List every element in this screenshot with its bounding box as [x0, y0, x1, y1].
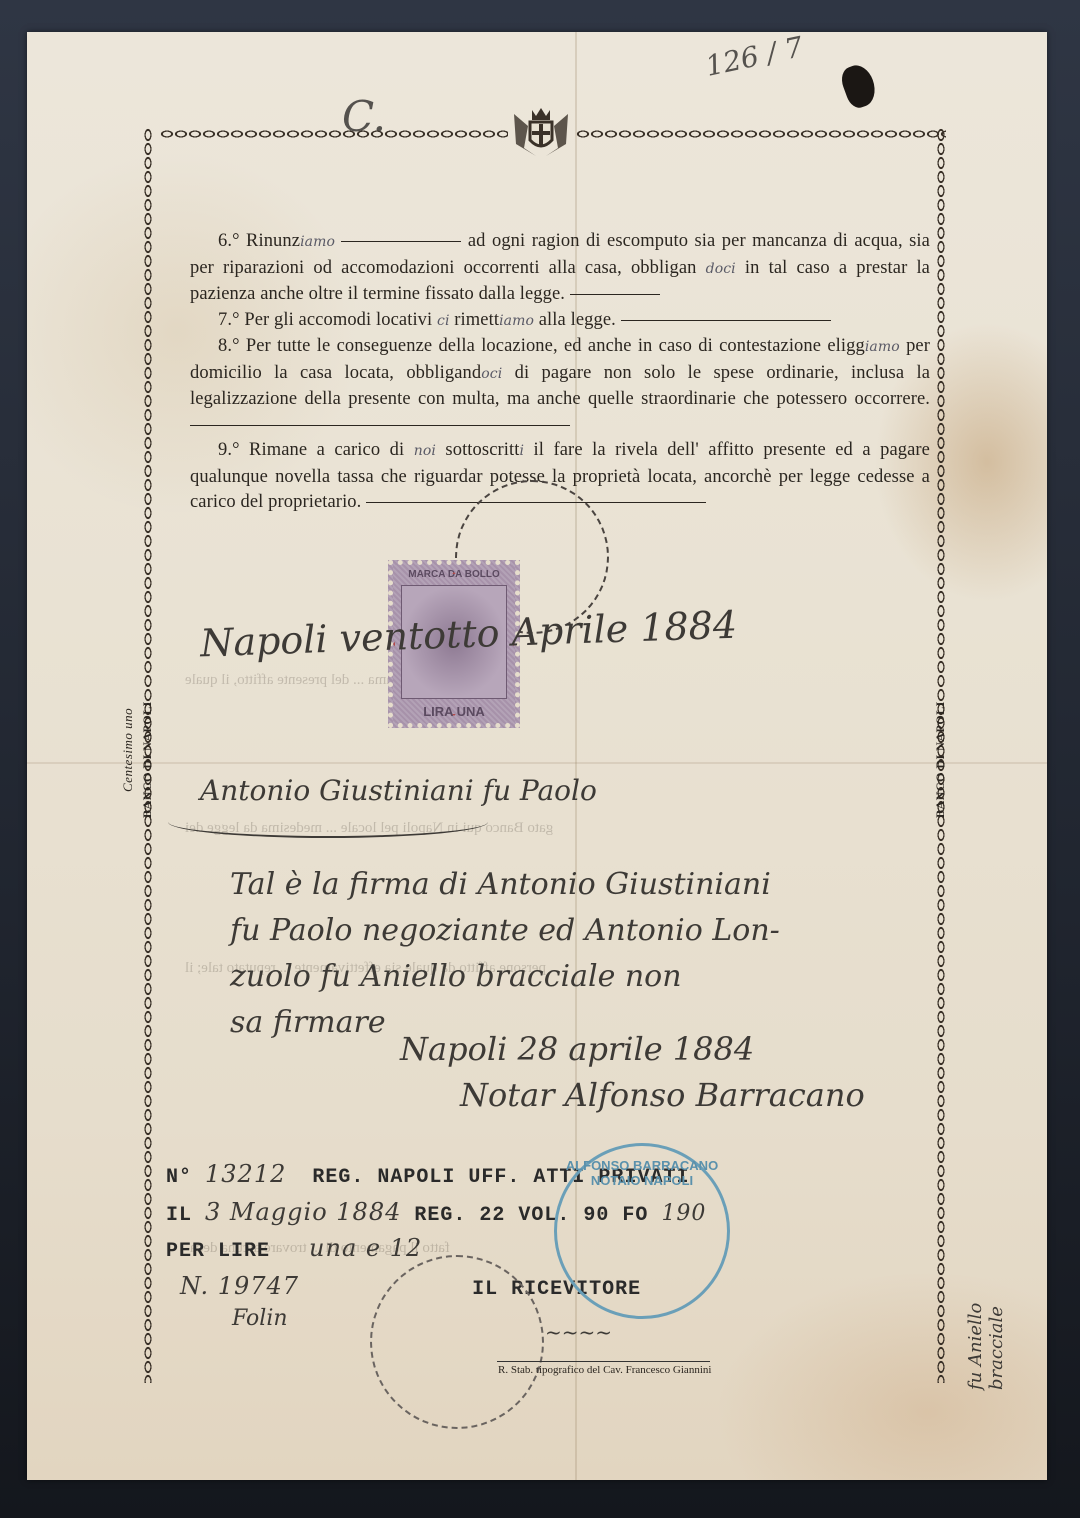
- clause-8: 8.° Per tutte le conseguenze della locaz…: [190, 334, 930, 438]
- printer-imprint: R. Stab. tipografico del Cav. Francesco …: [498, 1364, 711, 1376]
- border-top-left: [160, 128, 508, 140]
- reg-line-5: Folin: [232, 1306, 288, 1331]
- clause-7: 7.° Per gli accomodi locativi ci rimetti…: [190, 308, 930, 335]
- handwritten-signature: Antonio Giustiniani fu Paolo: [200, 774, 597, 807]
- reg-line-3: PER LIRE una e 12: [166, 1234, 422, 1263]
- notary-stamp-text: ALFONSO BARRACANO NOTAIO NAPOLI: [557, 1158, 727, 1188]
- side-label-centesimo: Centesimo uno: [120, 708, 136, 792]
- side-label-banco-left: BANCO DI NAPOLI: [140, 701, 155, 818]
- ink-blot: [838, 61, 881, 111]
- registry-office-stamp: [370, 1255, 544, 1429]
- clause-6: 6.° Rinunziamo ad ogni ragion di escompu…: [190, 229, 930, 308]
- royal-crest-icon: [508, 104, 574, 160]
- right-margin-note: fu Aniello bracciale: [965, 1275, 1007, 1390]
- notary-initial: ~~~~: [545, 1320, 612, 1344]
- side-label-banco-right: BANCO DI NAPOLI: [933, 701, 948, 818]
- border-top-right: [576, 128, 946, 140]
- notary-signature: Notar Alfonso Barracano: [460, 1076, 865, 1114]
- notary-blue-stamp: ALFONSO BARRACANO NOTAIO NAPOLI: [554, 1143, 730, 1319]
- attestation-date: Napoli 28 aprile 1884: [400, 1030, 754, 1068]
- notary-attestation: Tal è la firma di Antonio Giustiniani fu…: [230, 862, 780, 1046]
- fold-line-horizontal: [27, 762, 1047, 764]
- signature-flourish: [168, 806, 488, 838]
- footer-rule: [497, 1361, 710, 1362]
- clauses-block: 6.° Rinunziamo ad ogni ragion di escompu…: [190, 229, 930, 516]
